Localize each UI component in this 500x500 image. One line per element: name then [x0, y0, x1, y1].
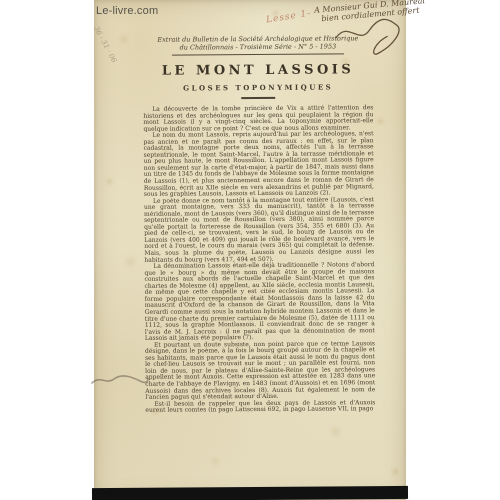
- title-rule: [241, 97, 275, 99]
- paragraph: La dénomination Lassois était-elle déjà …: [144, 262, 375, 342]
- document-title: LE MONT LASSOIS: [143, 62, 373, 79]
- foxing-stains: [94, 0, 97, 3]
- paragraph: Est-il besoin de rappeler que les deux p…: [145, 400, 375, 415]
- bulletin-header-line-2: du Châtillonnais - Troisième Série - N° …: [143, 42, 373, 52]
- scanned-page-photo: Le-livre.com Lesse 1- A Monsieur Gui D. …: [94, 0, 406, 500]
- paragraph: Le nom du mont Lassois, repris aujourd'h…: [143, 131, 373, 198]
- printed-text-column: Extrait du Bulletin de la Société Archéo…: [143, 0, 376, 415]
- photo-bottom-black-band: [92, 486, 408, 500]
- paragraph: La découverte de la tombe princière de V…: [143, 105, 373, 133]
- pencil-scribble-mark-icon: [90, 372, 150, 386]
- body-text: La découverte de la tombe princière de V…: [143, 105, 375, 414]
- book-photo-canvas: { "watermark": "Le-livre.com", "colors":…: [0, 0, 500, 500]
- paragraph: Le poète donne ce nom tantôt à la montag…: [144, 197, 374, 264]
- paragraph: Et pourtant un doute subsiste, non point…: [145, 341, 375, 402]
- header-rule: [172, 53, 344, 55]
- document-subtitle: GLOSES TOPONYMIQUES: [143, 82, 373, 93]
- pencil-scribble-numbers: 36 · 31 · 06: [91, 24, 106, 41]
